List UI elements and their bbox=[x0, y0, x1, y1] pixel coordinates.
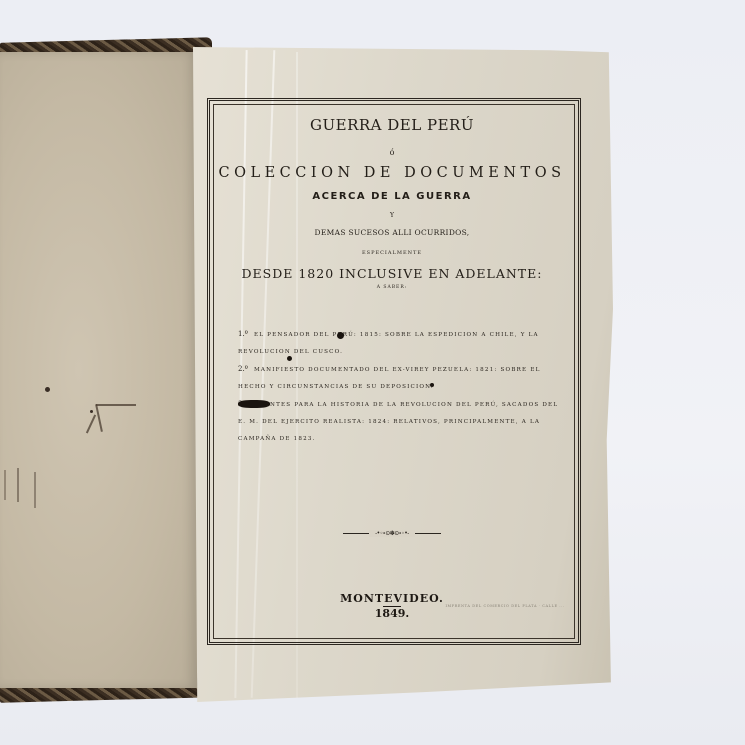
title-conjunction: ó bbox=[212, 148, 572, 157]
contents-item: 2.ºManifiesto documentado del ex-virey P… bbox=[238, 361, 560, 396]
date-range: DESDE 1820 INCLUSIVE EN ADELANTE: bbox=[212, 266, 572, 281]
pencil-mark bbox=[86, 415, 96, 434]
ink-blot bbox=[430, 383, 434, 387]
contents-item: 1.ºEl Pensador del Perú: 1815: sobre la … bbox=[238, 326, 560, 361]
conjunction-y: Y bbox=[212, 212, 572, 219]
book-subtitle: COLECCION DE DOCUMENTOS bbox=[212, 165, 572, 181]
pencil-mark bbox=[95, 404, 103, 432]
contents-item: 3.ºApuntes para la historia de la revolu… bbox=[238, 396, 560, 448]
ink-blot bbox=[337, 332, 344, 339]
pencil-mark bbox=[34, 472, 36, 508]
book-subtitle-2: ACERCA DE LA GUERRA bbox=[212, 191, 572, 202]
ornament-glyphs: -•◦∘⊙✽⊙∘◦•- bbox=[369, 530, 415, 537]
pencil-mark bbox=[17, 468, 19, 502]
imprint-year: 1849. bbox=[362, 607, 422, 620]
left-endpaper bbox=[0, 52, 197, 688]
ink-blot bbox=[287, 356, 292, 361]
imprint-place: MONTEVIDEO. bbox=[320, 592, 464, 605]
ink-spot bbox=[90, 410, 93, 413]
ink-blot bbox=[238, 400, 270, 408]
namely-label: A SABER: bbox=[212, 285, 572, 290]
contents-list: 1.ºEl Pensador del Perú: 1815: sobre la … bbox=[212, 326, 572, 448]
book-subtitle-3: DEMAS SUCESOS ALLI OCURRIDOS, bbox=[212, 228, 572, 237]
title-block: GUERRA DEL PERÚ ó COLECCION DE DOCUMENTO… bbox=[212, 110, 572, 448]
especially-label: ESPECIALMENTE bbox=[212, 250, 572, 256]
pencil-mark bbox=[4, 470, 6, 500]
book-title: GUERRA DEL PERÚ bbox=[212, 116, 572, 134]
ink-spot bbox=[45, 387, 50, 392]
faded-stamp: IMPRENTA DEL COMERCIO DEL PLATA · CALLE … bbox=[445, 604, 565, 609]
pencil-mark bbox=[96, 404, 136, 406]
